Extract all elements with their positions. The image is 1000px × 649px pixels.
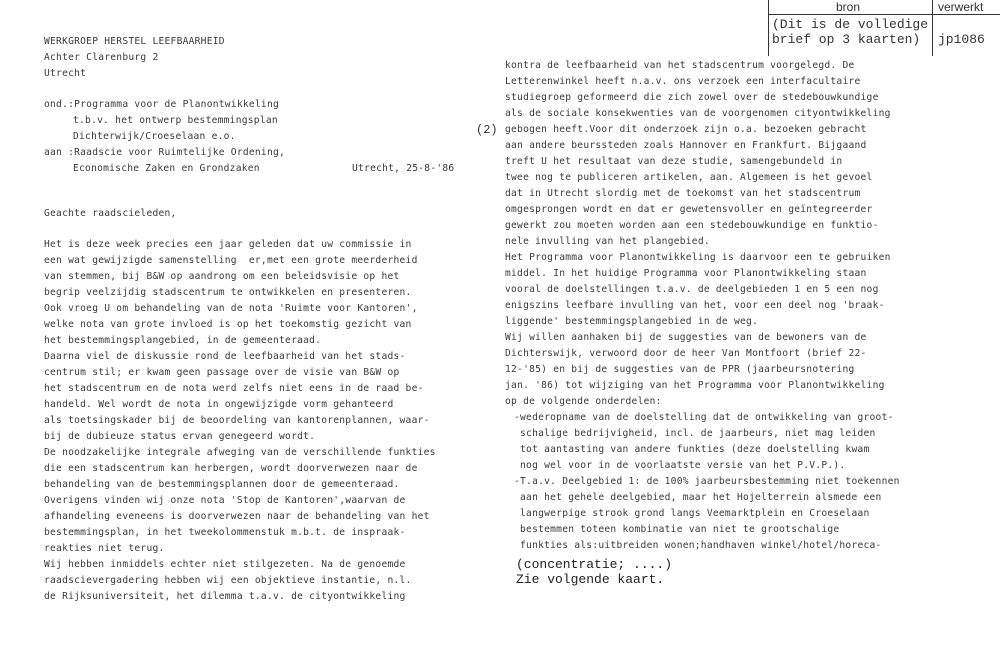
bullet-line: bestemmen toteen kombinatie van niet te …	[514, 524, 839, 536]
body-right-line: enigszins leefbare invulling van het, vo…	[505, 300, 885, 312]
body-right-line: Dichterswijk, verwoord door de heer Van …	[505, 348, 867, 360]
body-left-line: Wij hebben inmiddels echter niet stilgez…	[44, 559, 406, 571]
box-divider-left	[768, 0, 769, 56]
body-right-line: middel. In het huidige Programma voor Pl…	[505, 268, 867, 280]
page-marker: (2)	[476, 123, 498, 137]
closing-line1: (concentratie; ....)	[516, 557, 672, 572]
body-left-line: een wat gewijzigde samenstelling er,met …	[44, 255, 418, 267]
body-left-line: welke nota van grote invloed is op het t…	[44, 319, 412, 331]
body-right-line: Het Programma voor Planontwikkeling is d…	[505, 252, 891, 264]
body-right-line: jan. '86) tot wijziging van het Programm…	[505, 380, 885, 392]
body-left-line: raadscievergadering hebben wij een objek…	[44, 575, 412, 587]
body-right-line: omgesprongen wordt en dat er gewetensvol…	[505, 204, 873, 216]
body-left-line: bestemmingsplan, in het tweekolommenstuk…	[44, 527, 406, 539]
verwerkt-value: jp1086	[938, 32, 985, 47]
body-left-line: afhandeling eveneens is doorverwezen naa…	[44, 511, 430, 523]
body-right-line: als de sociale konsekwenties van de voor…	[505, 108, 891, 120]
salutation: Geachte raadscieleden,	[44, 208, 177, 220]
archive-header-box: bron verwerkt (Dit is de volledige brief…	[768, 0, 1000, 56]
body-left-line: het bestemmingsplangebied, in de gemeent…	[44, 335, 321, 347]
sender-address: Achter Clarenburg 2	[44, 52, 159, 64]
bullet-line: -T.a.v. Deelgebied 1: de 100% jaarbeursb…	[514, 476, 900, 488]
body-left-line: van stemmen, bij B&W op aandrong om een …	[44, 271, 400, 283]
body-left-line: bij de dubieuze status ervan genegeerd w…	[44, 431, 315, 443]
bullet-line: langwerpige strook grond langs Veemarktp…	[514, 508, 870, 520]
body-right-line: op de volgende onderdelen:	[505, 396, 662, 408]
body-right-line: treft U het resultaat van deze studie, s…	[505, 156, 842, 168]
body-right-line: liggende' bestemmingsplangebied in de we…	[505, 316, 758, 328]
body-left-line: Ook vroeg U om behandeling van de nota '…	[44, 303, 418, 315]
body-right-line: nele invulling van het plangebied.	[505, 236, 710, 248]
body-left-line: reakties niet terug.	[44, 543, 165, 555]
bron-value-line1: (Dit is de volledige	[772, 17, 928, 32]
body-right-line: dat in Utrecht slordig met de toekomst v…	[505, 188, 861, 200]
closing-line2: Zie volgende kaart.	[516, 572, 664, 587]
body-right-line: twee nog te publiceren artikelen, aan. A…	[505, 172, 873, 184]
sender-city: Utrecht	[44, 68, 86, 80]
bullet-line: funkties als:uitbreiden wonen;handhaven …	[514, 540, 882, 552]
bullet-line: tot aantasting van andere funkties (deze…	[514, 444, 870, 456]
body-right-line: gewerkt zou moeten worden aan een stedeb…	[505, 220, 879, 232]
subject-aan-line2: Economische Zaken en Grondzaken	[73, 163, 260, 175]
box-divider-middle	[932, 0, 933, 56]
body-left-line: begrip veelzijdig stadscentrum te ontwik…	[44, 287, 412, 299]
body-left-line: de Rijksuniversiteit, het dilemma t.a.v.…	[44, 591, 406, 603]
bron-value-line2: brief op 3 kaarten)	[772, 32, 920, 47]
subject-ond-line3: Dichterwijk/Croeselaan e.o.	[73, 131, 236, 143]
body-right-line: aan andere beurssteden zoals Hannover en…	[505, 140, 867, 152]
body-left-line: centrum stil; er kwam geen passage over …	[44, 367, 400, 379]
subject-ond-line2: t.b.v. het ontwerp bestemmingsplan	[73, 115, 278, 127]
body-left-line: als toetsingskader bij de beoordeling va…	[44, 415, 430, 427]
bron-label: bron	[836, 0, 860, 14]
body-left-line: het stadscentrum en de nota werd zelfs n…	[44, 383, 424, 395]
body-right-line: 12-'85) en bij de suggesties van de PPR …	[505, 364, 855, 376]
box-divider-horizontal	[768, 14, 1000, 15]
body-left-line: De noodzakelijke integrale afweging van …	[44, 447, 436, 459]
body-right-line: Letterenwinkel heeft n.a.v. ons verzoek …	[505, 76, 861, 88]
body-left-line: Het is deze week precies een jaar gelede…	[44, 239, 412, 251]
body-right-line: studiegroep geformeerd die zich zowel ov…	[505, 92, 879, 104]
body-right-line: Wij willen aanhaken bij de suggesties va…	[505, 332, 867, 344]
subject-aan-line1: aan :Raadscie voor Ruimtelijke Ordening,	[44, 147, 285, 159]
verwerkt-label: verwerkt	[938, 0, 983, 14]
bullet-line: schalige bedrijvigheid, incl. de jaarbeu…	[514, 428, 876, 440]
bullet-line: nog wel voor in de voorlaatste versie va…	[514, 460, 845, 472]
body-left-line: Overigens vinden wij onze nota 'Stop de …	[44, 495, 406, 507]
body-right-line: gebogen heeft.Voor dit onderzoek zijn o.…	[505, 124, 867, 136]
body-left-line: die een stadscentrum kan herbergen, word…	[44, 463, 418, 475]
subject-ond-line1: ond.:Programma voor de Planontwikkeling	[44, 99, 279, 111]
body-right-line: vooral de doelstellingen t.a.v. de deelg…	[505, 284, 879, 296]
bullet-line: aan het gehele deelgebied, maar het Hoje…	[514, 492, 882, 504]
body-left-line: behandeling van de bestemmingsplannen do…	[44, 479, 400, 491]
bullet-line: -wederopname van de doelstelling dat de …	[514, 412, 894, 424]
sender-org: WERKGROEP HERSTEL LEEFBAARHEID	[44, 36, 225, 48]
letter-date: Utrecht, 25-8-'86	[352, 163, 454, 175]
body-left-line: Daarna viel de diskussie rond de leefbaa…	[44, 351, 406, 363]
body-left-line: handeld. Wel wordt de nota in ongewijzig…	[44, 399, 394, 411]
body-right-line: kontra de leefbaarheid van het stadscent…	[505, 60, 855, 72]
